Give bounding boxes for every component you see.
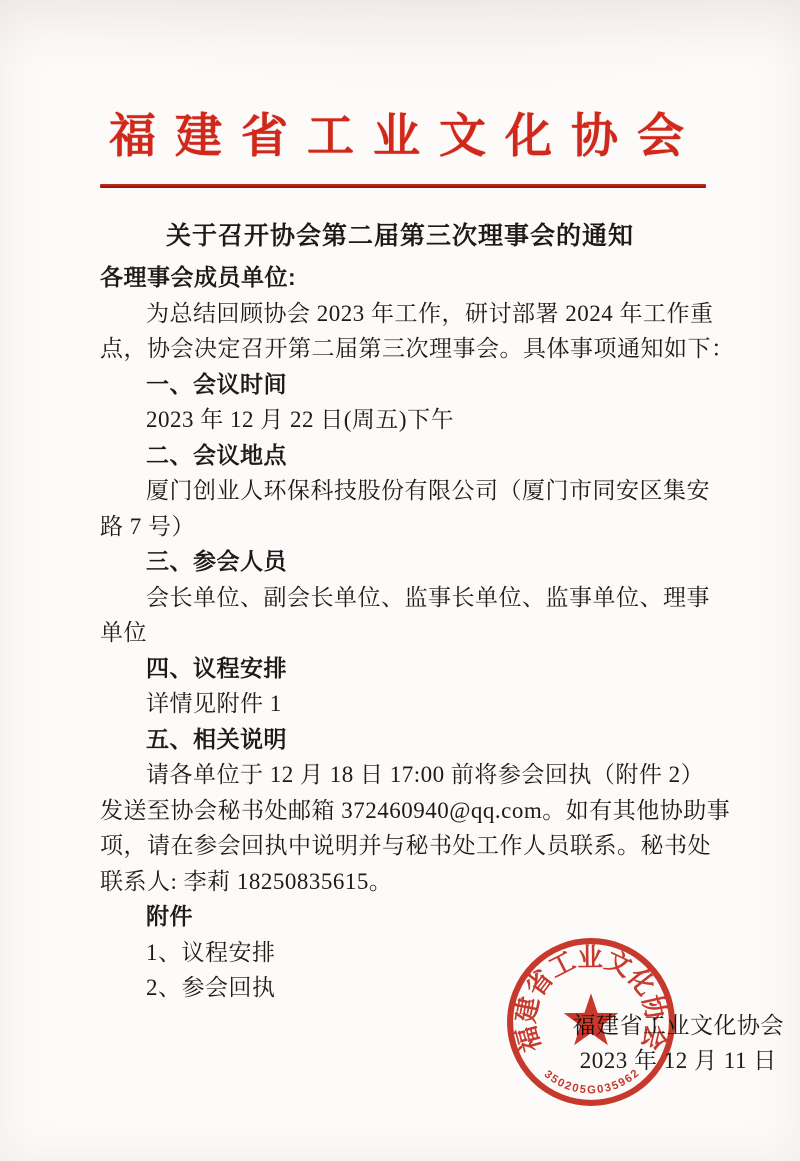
letterhead-divider-rule (100, 184, 706, 188)
star-icon (564, 993, 619, 1045)
notice-line: 点，协会决定召开第二届第三次理事会。具体事项通知如下： (100, 331, 708, 367)
notice-line: 会长单位、副会长单位、监事长单位、监事单位、理事 (100, 580, 708, 616)
notice-line: 为总结回顾协会 2023 年工作，研讨部署 2024 年工作重 (100, 296, 708, 332)
notice-line: 二、会议地点 (100, 438, 708, 474)
notice-line: 五、相关说明 (100, 722, 708, 758)
notice-body: 为总结回顾协会 2023 年工作，研讨部署 2024 年工作重点，协会决定召开第… (100, 296, 708, 1006)
notice-line: 厦门创业人环保科技股份有限公司（厦门市同安区集安 (100, 473, 708, 509)
notice-line: 三、参会人员 (100, 544, 708, 580)
notice-salutation: 各理事会成员单位: (100, 260, 708, 296)
notice-line: 请各单位于 12 月 18 日 17:00 前将参会回执（附件 2） (100, 757, 708, 793)
notice-line: 发送至协会秘书处邮箱 372460940@qq.com。如有其他协助事 (100, 793, 708, 829)
notice-line: 路 7 号） (100, 509, 708, 545)
notice-line: 2023 年 12 月 22 日(周五)下午 (100, 402, 708, 438)
document-page: 福建省工业文化协会 关于召开协会第二届第三次理事会的通知 各理事会成员单位: 为… (0, 0, 800, 1161)
notice-content: 各理事会成员单位: 为总结回顾协会 2023 年工作，研讨部署 2024 年工作… (100, 260, 708, 1006)
notice-title: 关于召开协会第二届第三次理事会的通知 (0, 219, 800, 255)
letterhead-org-name: 福建省工业文化协会 (0, 0, 800, 170)
notice-line: 单位 (100, 615, 708, 651)
notice-line: 联系人: 李莉 18250835615。 (100, 864, 708, 900)
notice-line: 详情见附件 1 (100, 686, 708, 722)
notice-line: 一、会议时间 (100, 367, 708, 403)
notice-line: 四、议程安排 (100, 651, 708, 687)
notice-line: 附件 (100, 899, 708, 935)
official-seal: 福建省工业文化协会 350205G035962 (504, 935, 678, 1109)
notice-line: 项，请在参会回执中说明并与秘书处工作人员联系。秘书处 (100, 828, 708, 864)
